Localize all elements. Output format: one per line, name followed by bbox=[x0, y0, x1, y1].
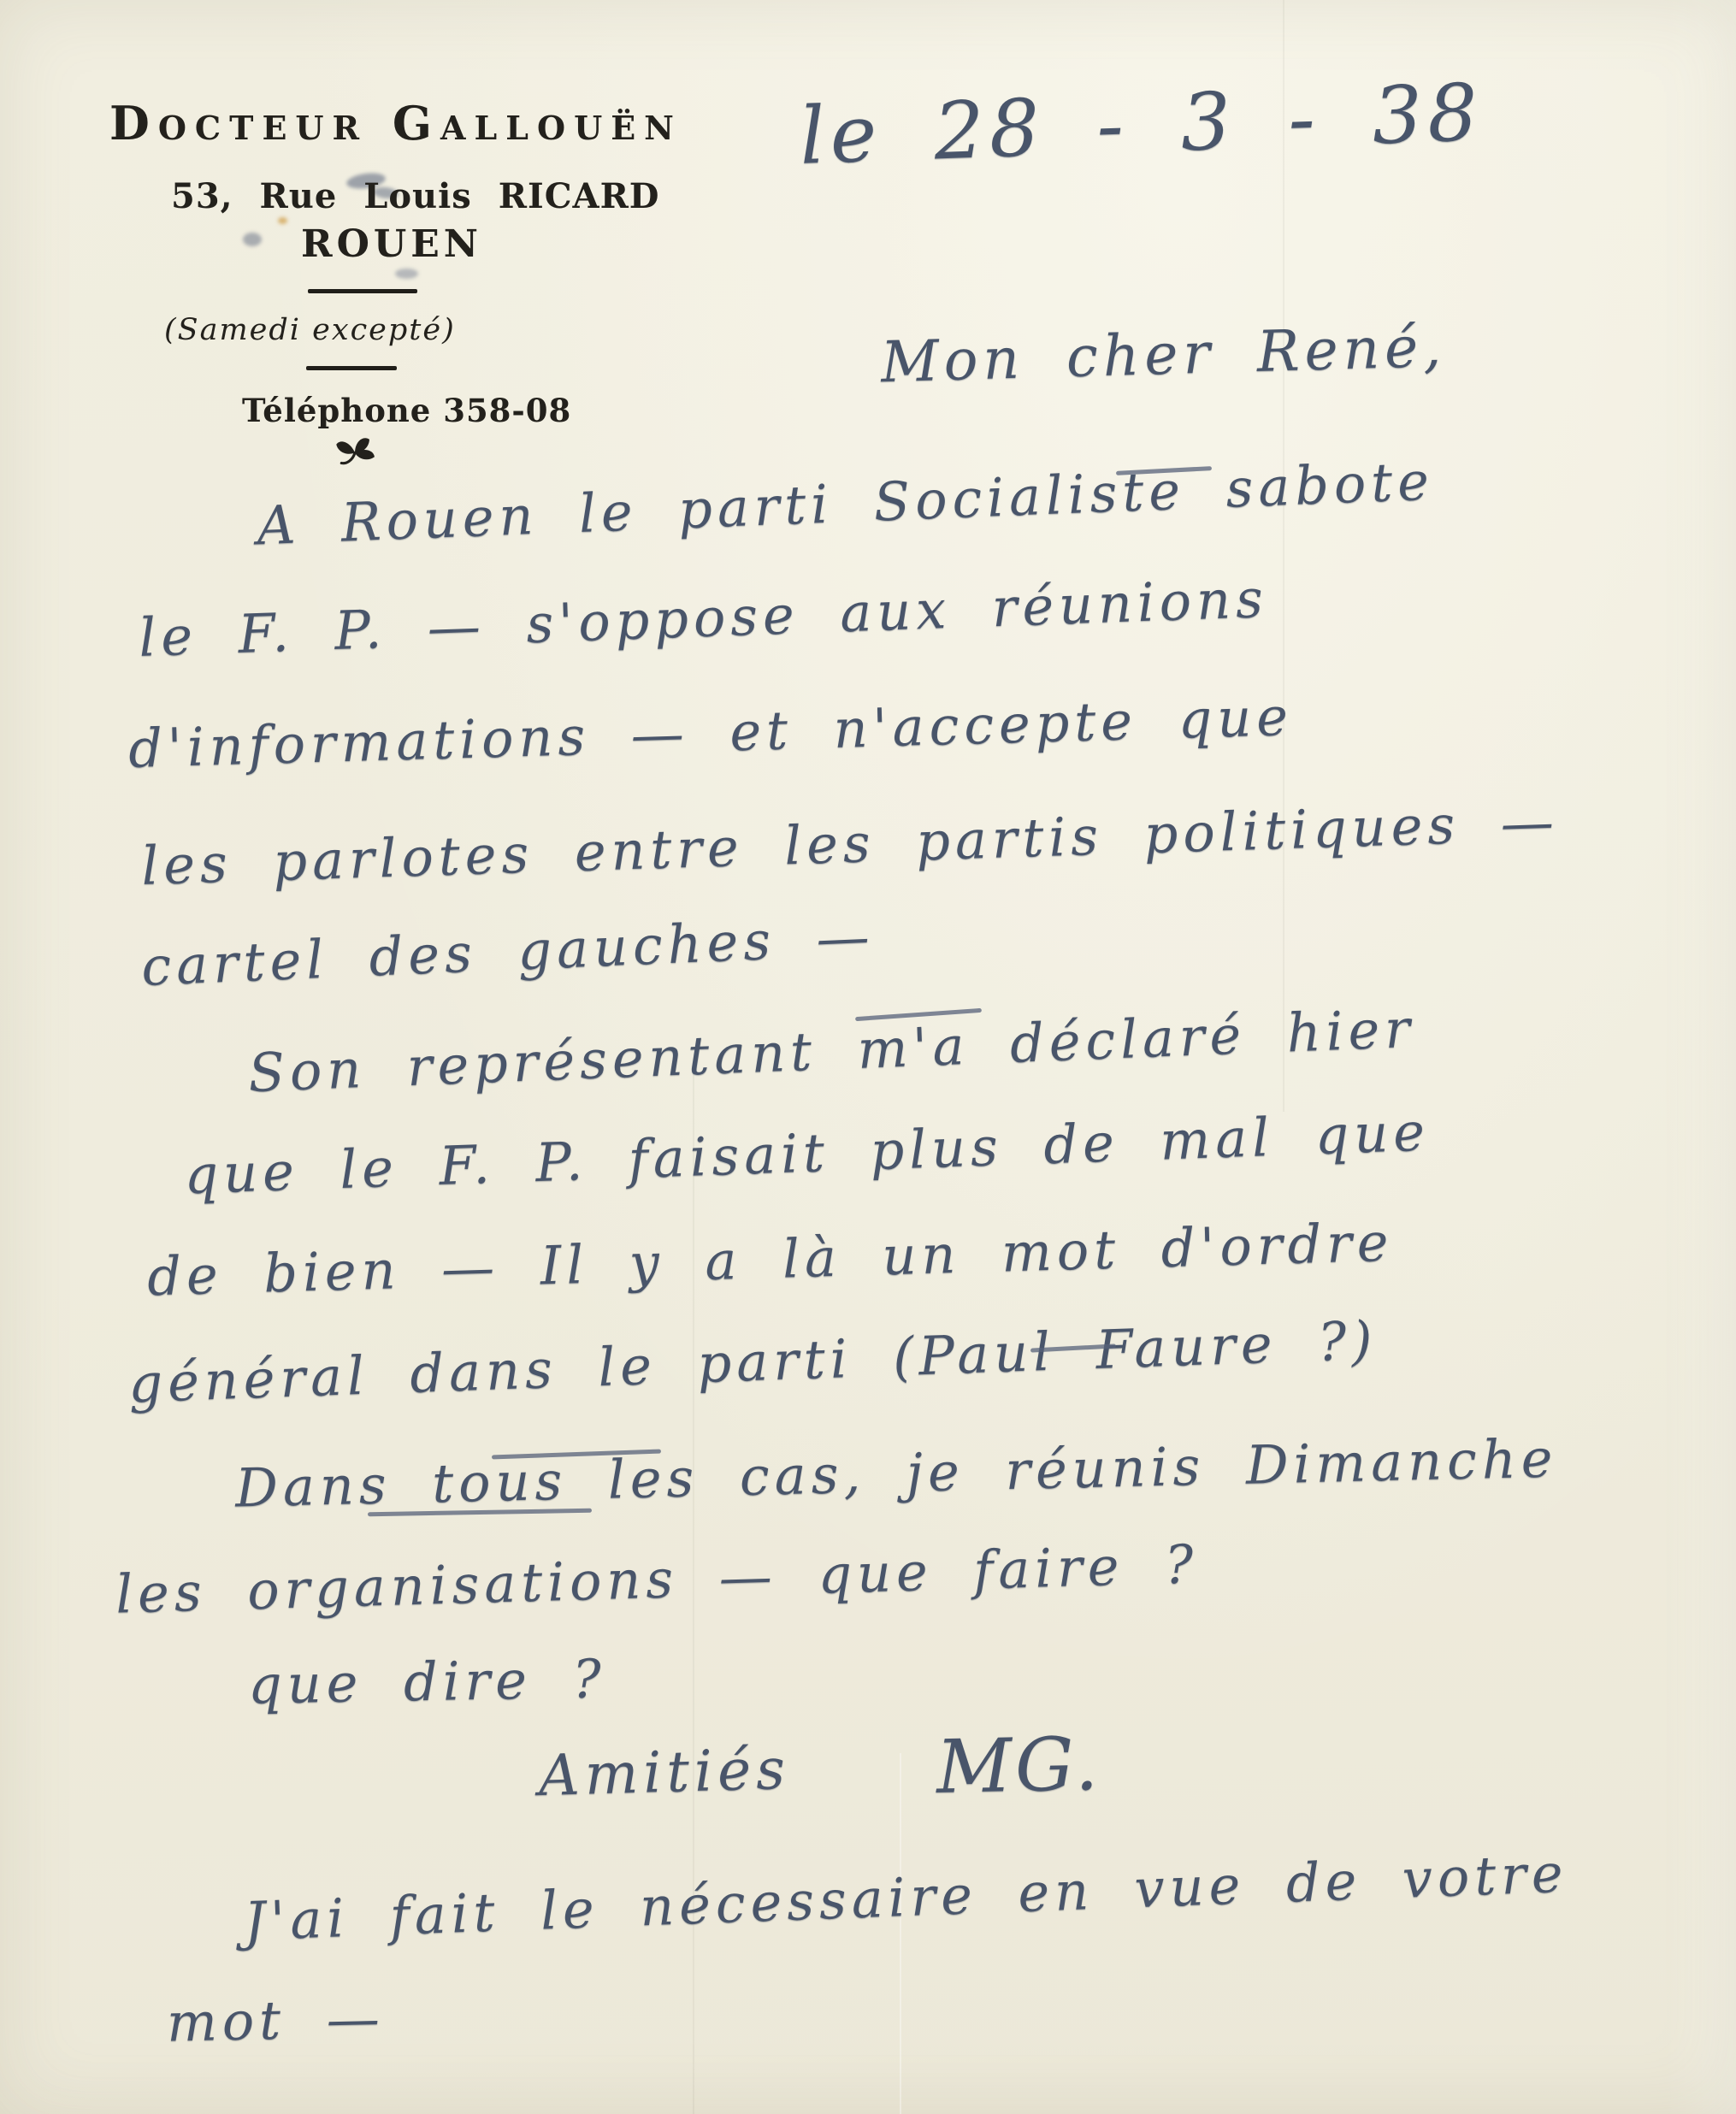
date-line: le 28 - 3 - 38 bbox=[799, 74, 1485, 176]
letterhead-city: ROUEN bbox=[301, 222, 482, 266]
salutation: Mon cher René, bbox=[880, 319, 1447, 391]
letterhead-note: (Samedi excepté) bbox=[164, 313, 456, 347]
letterhead-phone: Téléphone 358-08 bbox=[242, 392, 571, 429]
doctor-name: Docteur Gallouën bbox=[109, 96, 682, 151]
letterhead-address: 53, Rue Louis RICARD bbox=[171, 176, 660, 216]
handwritten-line: que dire ? bbox=[247, 1652, 606, 1711]
divider bbox=[308, 289, 417, 293]
signature-initials: MG. bbox=[936, 1727, 1102, 1804]
postscript-line: mot — bbox=[166, 1992, 385, 2049]
divider bbox=[306, 366, 397, 370]
fleuron-icon bbox=[330, 433, 380, 469]
letter-page: Docteur Gallouën 53, Rue Louis RICARD RO… bbox=[0, 0, 1736, 2114]
closing: Amitiés bbox=[538, 1741, 791, 1804]
